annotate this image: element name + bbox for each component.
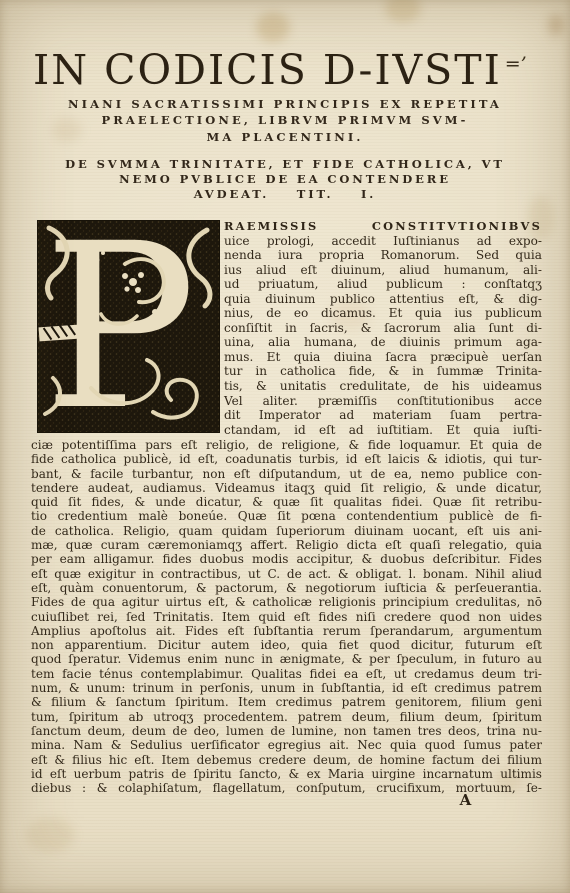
page-title: IN CODICIS D-IVSTI=’ <box>33 50 527 91</box>
text-line: PRAELECTIONE, LIBRVM PRIMVM SVM- <box>0 112 570 128</box>
text-line: tendere audeat, audiamus. Videamus itaqʒ… <box>31 481 542 495</box>
text-line: non apparentium. Dicitur autem ideo, qui… <box>31 638 542 652</box>
text-line: ſanctum deum, deum de deo, lumen de lumi… <box>31 724 542 738</box>
opening-paragraph-column: RAEMISSIS CONSTITVTIONIBVS uice prologi,… <box>224 219 542 437</box>
text-line: uina, alia humana, de diuinis primum aga… <box>224 335 542 350</box>
title-hyphen-mark: =’ <box>505 53 527 75</box>
paper-stain <box>26 818 74 852</box>
text-line: tis, & unitatis credulitate, de his uide… <box>224 379 542 394</box>
text-line: nenda iura propria Romanorum. Sed quia <box>224 248 542 263</box>
text-line: DE SVMMA TRINITATE, ET FIDE CATHOLICA, V… <box>0 157 570 172</box>
text-line: NEMO PVBLICE DE EA CONTENDERE <box>0 172 570 187</box>
text-line: fide catholica publicè, id eſt, coadunat… <box>31 452 542 466</box>
text-line: mus. Et quia diuina ſacra præcipuè uerſa… <box>224 350 542 365</box>
text-line: cuiuſlibet rei, ſed Trinitatis. Item qui… <box>31 610 542 624</box>
paper-stain <box>385 0 421 22</box>
text-line: mina. Nam & Sedulius uerſificator egregi… <box>31 738 542 752</box>
text-line: eſt & filius hic eſt. Item debemus crede… <box>31 753 542 767</box>
text-line: per eam alligamur. fides duobus modis ac… <box>31 552 542 566</box>
text-line: AVDEAT. TIT. I. <box>0 187 570 202</box>
text-line: ud priuatum, aliud publicum : conſtatqʒ <box>224 277 542 292</box>
book-page: IN CODICIS D-IVSTI=’ NIANI SACRATISSIMI … <box>0 0 570 893</box>
text-line: tum, ſpiritum ab utroqʒ procedentem. pat… <box>31 710 542 724</box>
text-line: eſt quæ exigitur in contractibus, ut C. … <box>31 567 542 581</box>
opening-paragraph-lines: uice prologi, accedit Iuſtinianus ad exp… <box>224 234 542 438</box>
text-line: num, & unum: trinum in perſonis, unum in… <box>31 681 542 695</box>
text-line: eſt, quàm conuentorum, & pactorum, & neg… <box>31 581 542 595</box>
text-line: quod ſperatur. Videmus enim nunc in ænig… <box>31 652 542 666</box>
woodcut-initial-p: P <box>37 220 220 433</box>
text-line: dit Imperator ad materiam ſuam pertra- <box>224 408 542 423</box>
paper-stain <box>548 14 564 36</box>
text-line: Vel aliter. præmiſſis conſtitutionibus a… <box>224 394 542 409</box>
signature-mark: A <box>450 791 482 809</box>
text-line: conſiſtit in ſacris, & ſacrorum alia ſun… <box>224 321 542 336</box>
text-line: NIANI SACRATISSIMI PRINCIPIS EX REPETITA <box>0 96 570 112</box>
text-line: mæ, quæ curam cæremoniamqʒ affert. Relig… <box>31 538 542 552</box>
text-line: Amplius apoſtolus ait. Fides eſt ſubſtan… <box>31 624 542 638</box>
text-line: nius, de eo dicamus. Et quia ius publicu… <box>224 306 542 321</box>
subtitle-block: NIANI SACRATISSIMI PRINCIPIS EX REPETITA… <box>0 96 570 145</box>
text-line: quia diuinum publico attentius eſt, & di… <box>224 292 542 307</box>
text-line: MA PLACENTINI. <box>0 129 570 145</box>
text-line: quid ſit fides, & unde dicatur, & quæ ſi… <box>31 495 542 509</box>
paper-stain <box>256 12 290 42</box>
chapter-heading-block: DE SVMMA TRINITATE, ET FIDE CATHOLICA, V… <box>0 157 570 202</box>
text-line: ciæ potentiſſima pars eſt religio, de re… <box>31 438 542 452</box>
text-line: tur in catholica fide, & in ſummæ Trinit… <box>224 364 542 379</box>
text-line: de catholica. Religio, quam quidam ſuper… <box>31 524 542 538</box>
text-line: ctandam, id eſt ad iuſtitiam. Et quia iu… <box>224 423 542 438</box>
text-line: id eſt uerbum patris de ſpiritu ſancto, … <box>31 767 542 781</box>
main-text-block: ciæ potentiſſima pars eſt religio, de re… <box>31 438 542 795</box>
page-title-text: IN CODICIS D-IVSTI <box>33 46 502 94</box>
text-line: Fides de qua agitur uirtus eſt, & cathol… <box>31 595 542 609</box>
text-line: ius aliud eſt diuinum, aliud humanum, al… <box>224 263 542 278</box>
text-line: tem facie ténus contemplabimur. Qualitas… <box>31 667 542 681</box>
text-line: bant, & facile turbantur, non eſt diſput… <box>31 467 542 481</box>
text-line: uice prologi, accedit Iuſtinianus ad exp… <box>224 234 542 249</box>
text-line: tio credentium malè boneúe. Quæ ſit pœna… <box>31 509 542 523</box>
opening-caps-line: RAEMISSIS CONSTITVTIONIBVS <box>224 219 542 234</box>
text-line: & filium & ſanctum ſpiritum. Item credim… <box>31 695 542 709</box>
